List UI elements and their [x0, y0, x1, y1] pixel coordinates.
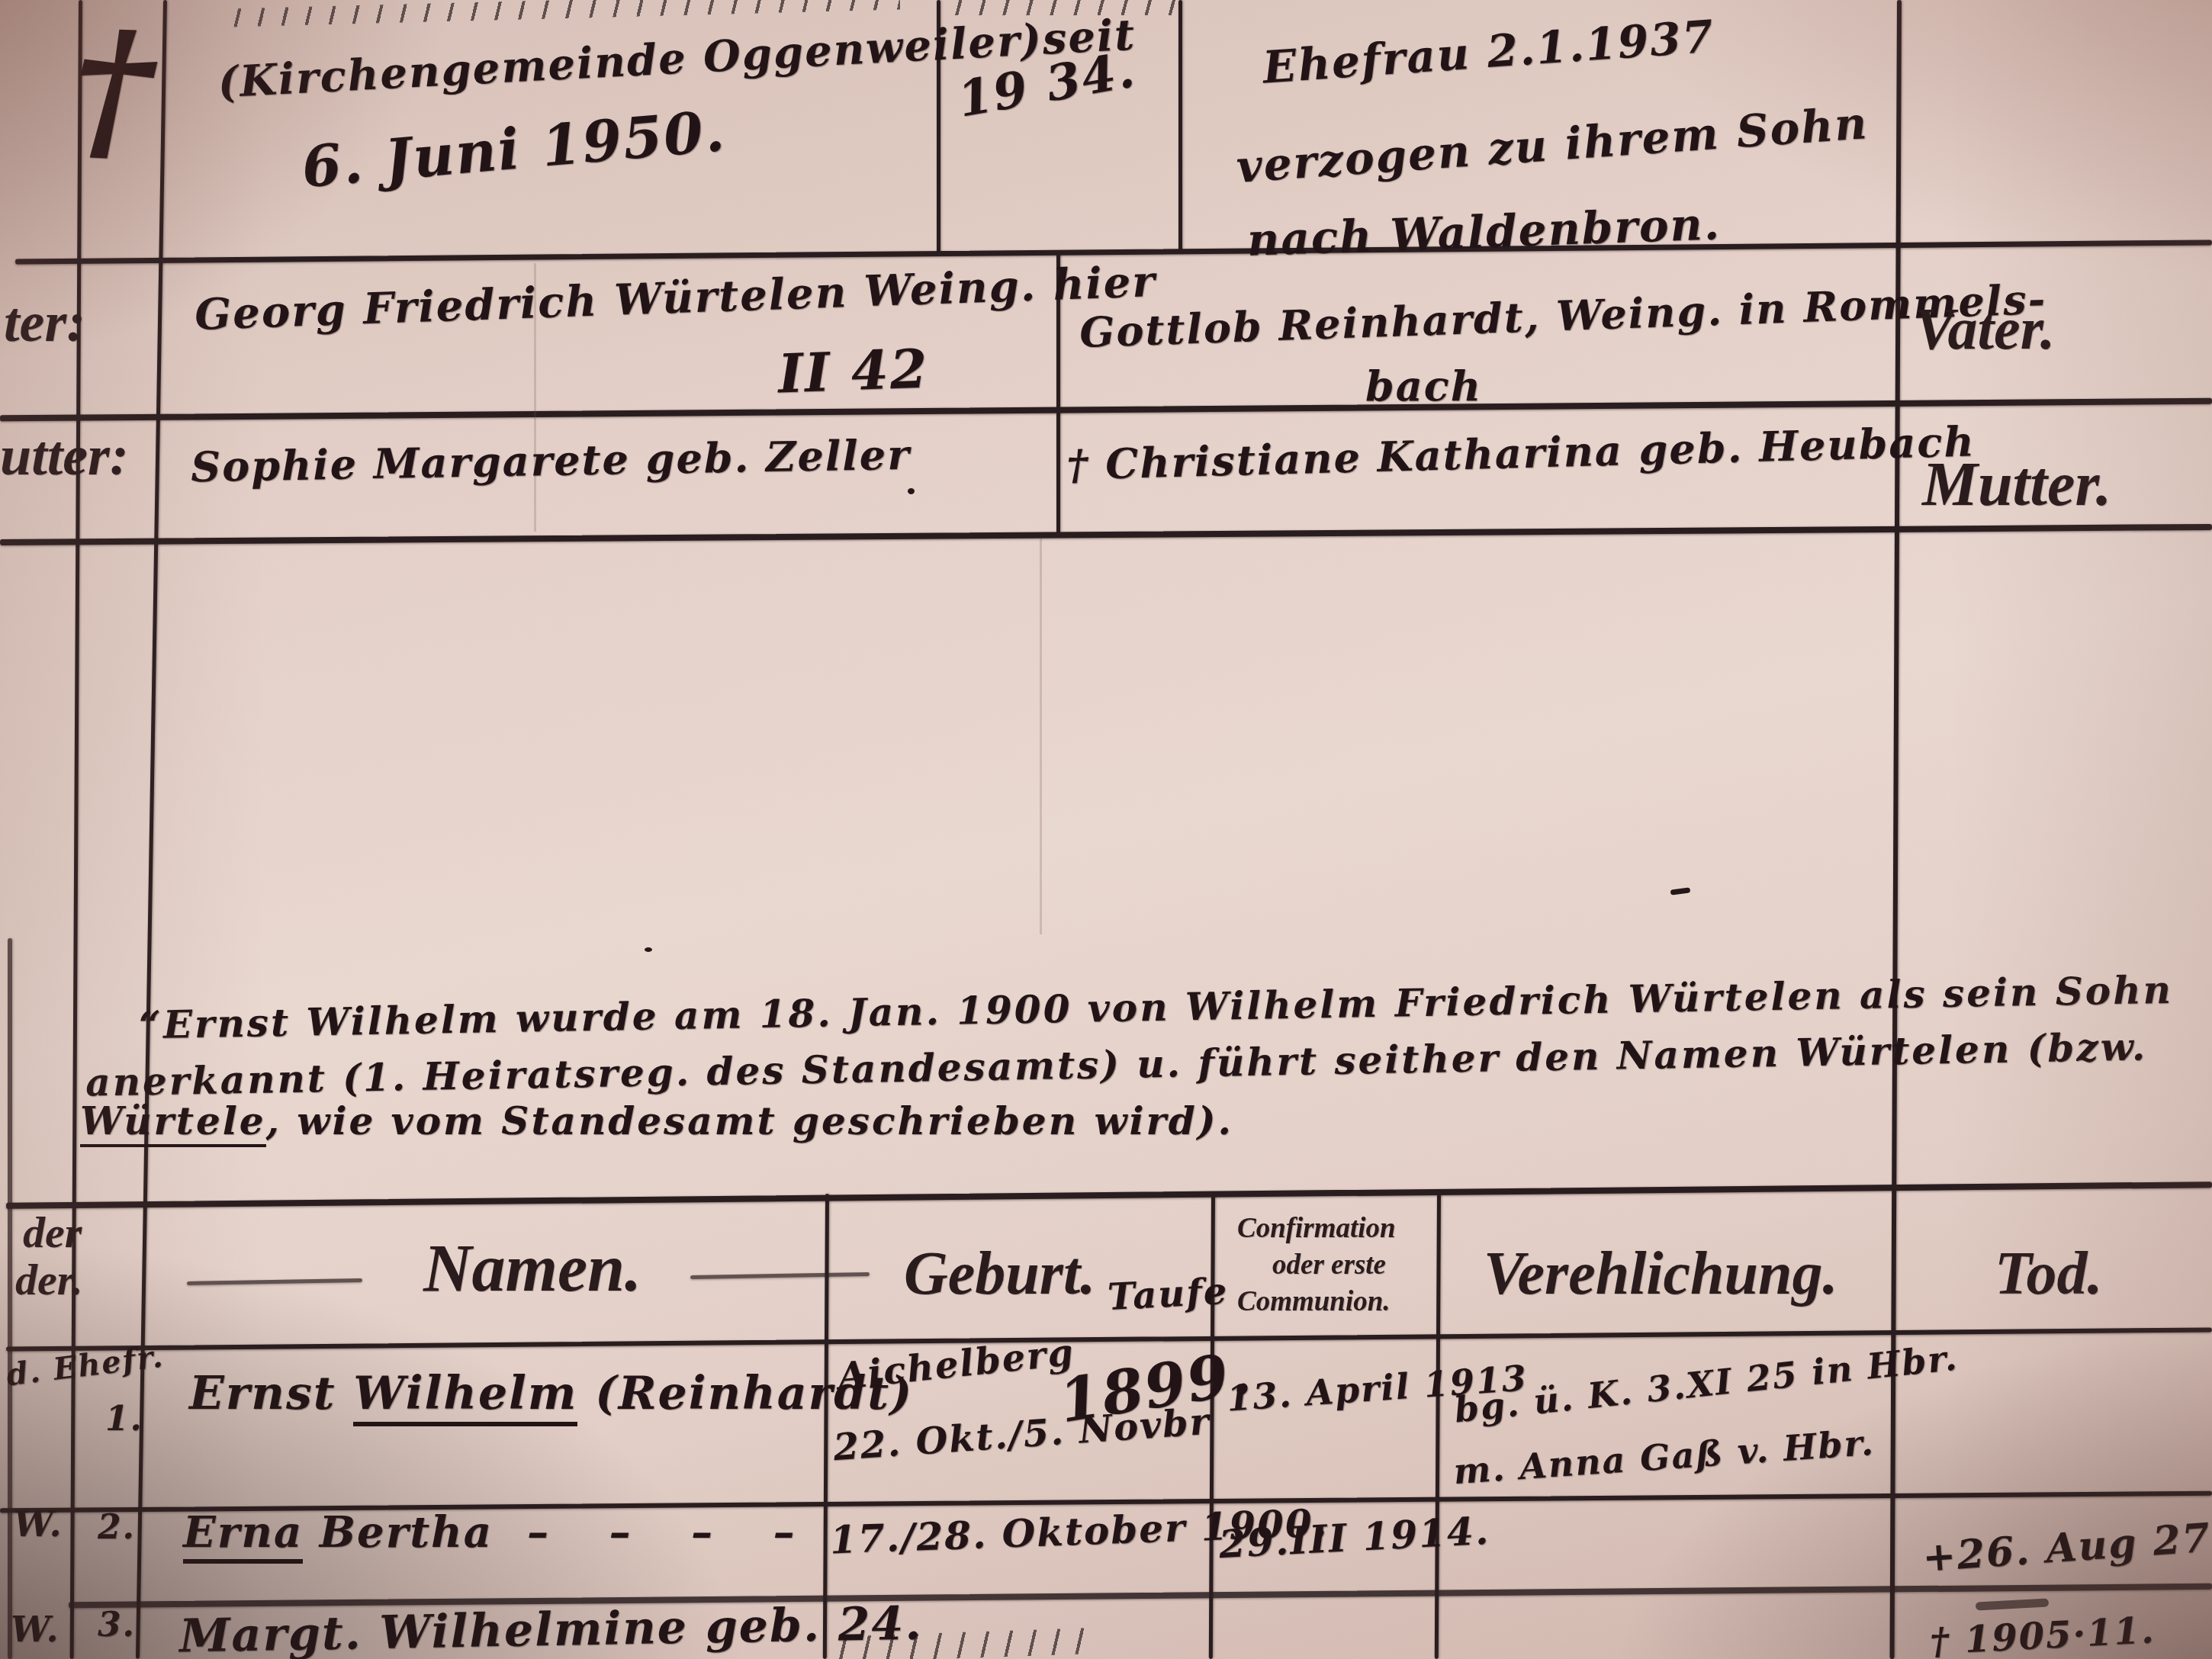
mutter-printed-label: Mutter.	[1922, 452, 2111, 517]
row1-name: Ernst Wilhelm (Reinhardt)	[189, 1370, 913, 1418]
row2-number: 2.	[98, 1510, 136, 1545]
note-line3: Würtele, wie vom Standesamt geschrieben …	[80, 1101, 1233, 1142]
mutter-label-left-fragment: utter:	[0, 427, 129, 487]
row1-name-underlined: Wilhelm	[353, 1367, 577, 1426]
header-confirmation-line2: oder erste	[1272, 1251, 1386, 1281]
rule-left	[70, 0, 82, 1659]
row2-name-rest: Bertha	[303, 1507, 493, 1558]
row1-marriage-line2: m. Anna Gaß v. Hbr.	[1452, 1424, 1876, 1490]
deceased-cross-mark: †	[69, 6, 159, 173]
margin-header-line2: der.	[15, 1257, 83, 1304]
margin-header-line1: der	[23, 1210, 82, 1256]
rule-right-margin	[1890, 0, 1902, 1659]
header-taufe-annotation: Taufe	[1107, 1272, 1230, 1317]
ink-blot	[1976, 1598, 2049, 1610]
header-dash-stroke	[187, 1278, 362, 1285]
ink-speck	[908, 488, 915, 494]
header-verehlichung: Verehlichung.	[1484, 1242, 1838, 1306]
row2-name: Erna Bertha– – – –	[183, 1510, 818, 1555]
top-remark-line2: verzogen zu ihrem Sohn	[1235, 100, 1870, 191]
top-remark-line1: Ehefrau 2.1.1937	[1262, 13, 1716, 91]
paper-crease	[1040, 538, 1042, 934]
row1-number: 1.	[105, 1402, 143, 1437]
row3-number: 3.	[98, 1608, 136, 1643]
row2-name-underlined: Erna	[183, 1507, 303, 1564]
header-confirmation-line3: Communion.	[1237, 1288, 1391, 1317]
rule-mutter-bottom	[0, 524, 2212, 545]
father-name-right: Gottlob Reinhardt, Weing. in Rommels-	[1079, 278, 2046, 355]
row1-name-first: Ernst	[189, 1367, 353, 1420]
rule-namen-geburt	[823, 1194, 829, 1659]
ink-speck	[1670, 887, 1691, 895]
vater-printed-label: Vater.	[1915, 297, 2055, 360]
top-remark-line3: nach Waldenbron.	[1246, 201, 1722, 264]
header-namen: Namen.	[423, 1234, 641, 1304]
rule-top-b-c	[1178, 0, 1182, 253]
header-tod: Tod.	[1995, 1242, 2103, 1306]
father-name-left: Georg Friedrich Würtelen Weing. hier	[194, 259, 1156, 338]
header-confirmation-line1: Confirmation	[1237, 1214, 1396, 1244]
row3-death-fragment: † 1905·11.	[1929, 1611, 2156, 1659]
header-dash-stroke	[690, 1272, 870, 1279]
rule-left-outer	[8, 938, 12, 1659]
row2-margin-annotation: W.	[14, 1506, 63, 1542]
header-geburt: Geburt.	[904, 1242, 1095, 1306]
rule-confirmation-verehlichung	[1435, 1194, 1441, 1659]
mother-name-right: † Christiane Katharina geb. Heubach	[1066, 420, 1976, 487]
ink-speck	[645, 947, 652, 952]
vater-label-left-fragment: ter:	[4, 294, 85, 353]
top-entry-date-line: 6. Juni 1950.	[300, 102, 728, 198]
rule-children-header-top	[6, 1182, 2212, 1209]
row2-death-date: +26. Aug 27.	[1921, 1516, 2212, 1579]
row2-ditto-dashes: – – – –	[527, 1507, 818, 1558]
note-surname-underlined: Würtele	[80, 1098, 266, 1147]
note-line3-rest: , wie vom Standesamt geschrieben wird).	[266, 1098, 1233, 1143]
father-name-right-cont: bach	[1365, 365, 1482, 408]
father-house-number: II 42	[777, 341, 930, 402]
rule-vater-bottom	[0, 398, 2212, 422]
family-register-scan: † (Kirchengemeinde Oggenweiler)seit 6. J…	[0, 0, 2212, 1659]
row3-margin-annotation: W.	[11, 1611, 60, 1648]
row1-marriage-line1: bg. ü. K. 3.XI 25 in Hbr.	[1452, 1339, 1960, 1428]
row3-name-fragment: Margt. Wilhelmine geb. 24.	[179, 1600, 923, 1659]
clipped-handwriting-fragment	[229, 0, 900, 27]
mother-name-left: Sophie Margarete geb. Zeller	[191, 433, 911, 489]
